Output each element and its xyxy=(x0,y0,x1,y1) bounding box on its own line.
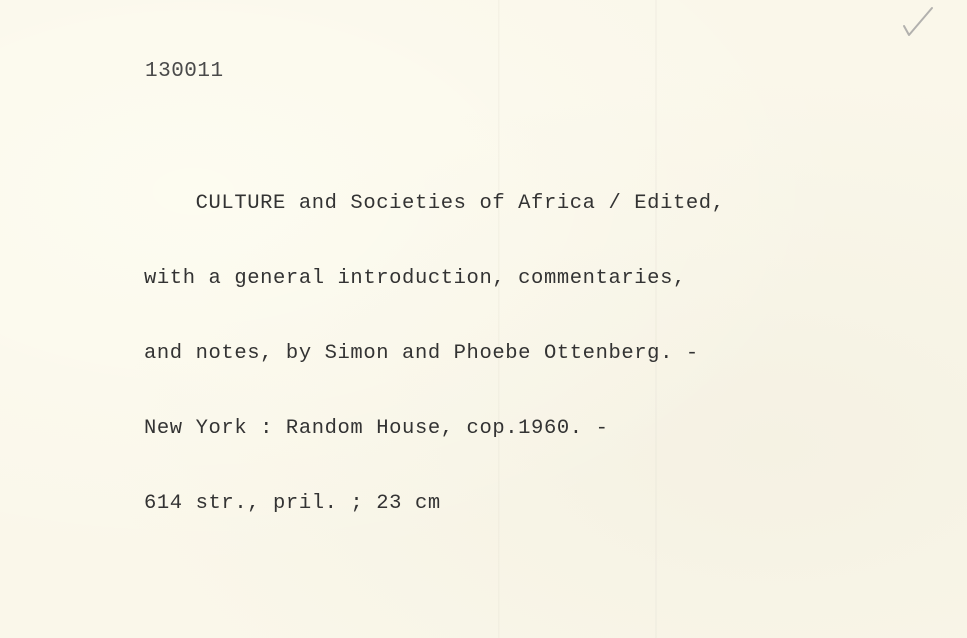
entry-line: with a general introduction, commentarie… xyxy=(144,266,725,291)
entry-line: CULTURE and Societies of Africa / Edited… xyxy=(144,191,725,216)
entry-line: and notes, by Simon and Phoebe Ottenberg… xyxy=(144,341,725,366)
call-number: 130011 xyxy=(145,60,224,83)
entry-line: New York : Random House, cop.1960. - xyxy=(144,416,725,441)
entry-line: 614 str., pril. ; 23 cm xyxy=(144,491,725,516)
checkmark-icon xyxy=(898,4,938,40)
catalog-card: 130011 CULTURE and Societies of Africa /… xyxy=(0,0,967,638)
bibliographic-entry: CULTURE and Societies of Africa / Edited… xyxy=(144,141,725,566)
